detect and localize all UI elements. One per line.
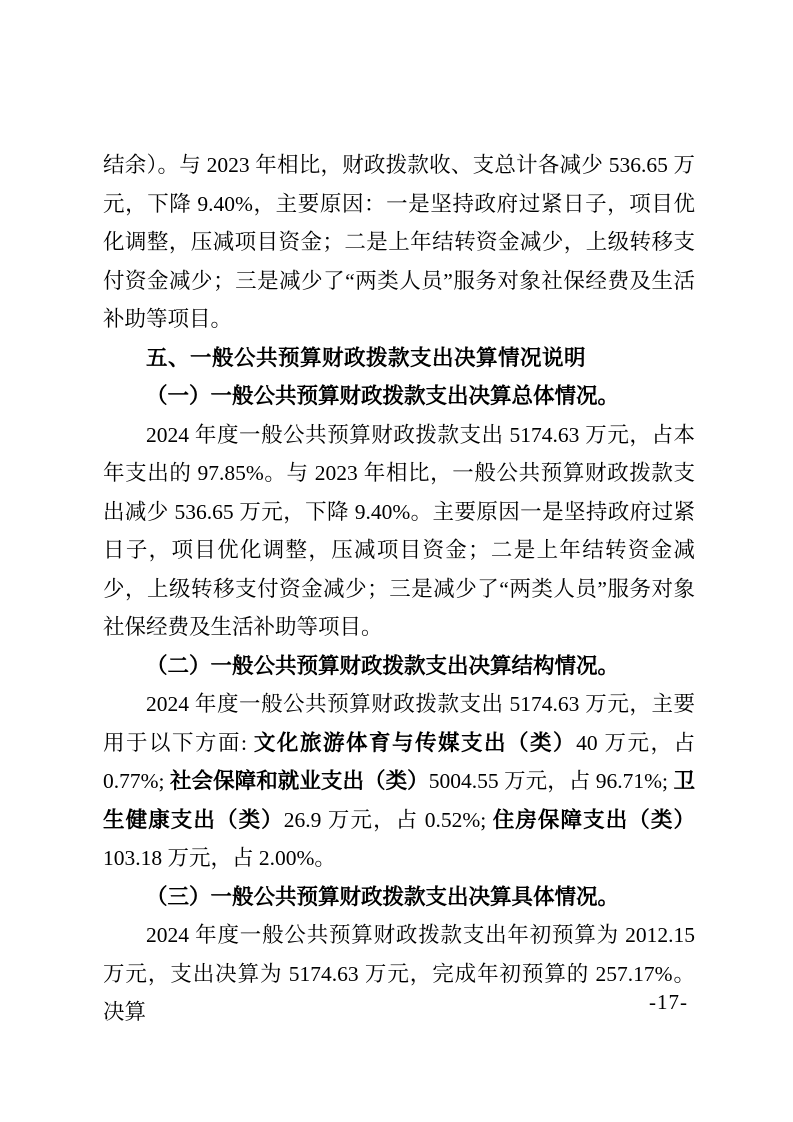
text-run: 103.18 万元，占 2.00%。 — [103, 846, 336, 870]
bold-text-run: （一）一般公共预算财政拨款支出决算总体情况。 — [146, 384, 619, 408]
bold-text-run: 五、一般公共预算财政拨款支出决算情况说明 — [146, 346, 586, 370]
text-run: 结余）。与 2023 年相比，财政拨款收、支总计各减少 536.65 万元，下降… — [103, 153, 695, 331]
bold-text-run: 文化旅游体育与传媒支出（类） — [254, 731, 576, 755]
paragraph: 2024 年度一般公共预算财政拨款支出年初预算为 2012.15 万元，支出决算… — [103, 916, 695, 1032]
paragraph: 2024 年度一般公共预算财政拨款支出 5174.63 万元，占本年支出的 97… — [103, 416, 695, 647]
bold-text-run: 住房保障支出（类） — [493, 808, 695, 832]
text-run: 2024 年度一般公共预算财政拨款支出年初预算为 2012.15 万元，支出决算… — [103, 923, 695, 1024]
paragraph: 2024 年度一般公共预算财政拨款支出 5174.63 万元，主要用于以下方面:… — [103, 685, 695, 878]
text-run: 2024 年度一般公共预算财政拨款支出 5174.63 万元，占本年支出的 97… — [103, 423, 695, 640]
page-number: -17- — [649, 989, 688, 1015]
text-run: 26.9 万元，占 0.52%; — [284, 808, 493, 832]
section-heading: 五、一般公共预算财政拨款支出决算情况说明 — [103, 339, 695, 378]
section-heading: （一）一般公共预算财政拨款支出决算总体情况。 — [103, 377, 695, 416]
section-heading: （三）一般公共预算财政拨款支出决算具体情况。 — [103, 878, 695, 917]
paragraph: 结余）。与 2023 年相比，财政拨款收、支总计各减少 536.65 万元，下降… — [103, 146, 695, 339]
bold-text-run: 社会保障和就业支出（类） — [170, 769, 429, 793]
document-body: 结余）。与 2023 年相比，财政拨款收、支总计各减少 536.65 万元，下降… — [103, 146, 695, 1032]
text-run: 5004.55 万元，占 96.71%; — [429, 769, 674, 793]
section-heading: （二）一般公共预算财政拨款支出决算结构情况。 — [103, 647, 695, 686]
document-page: 结余）。与 2023 年相比，财政拨款收、支总计各减少 536.65 万元，下降… — [0, 0, 793, 1122]
bold-text-run: （二）一般公共预算财政拨款支出决算结构情况。 — [146, 654, 619, 678]
bold-text-run: （三）一般公共预算财政拨款支出决算具体情况。 — [146, 885, 619, 909]
